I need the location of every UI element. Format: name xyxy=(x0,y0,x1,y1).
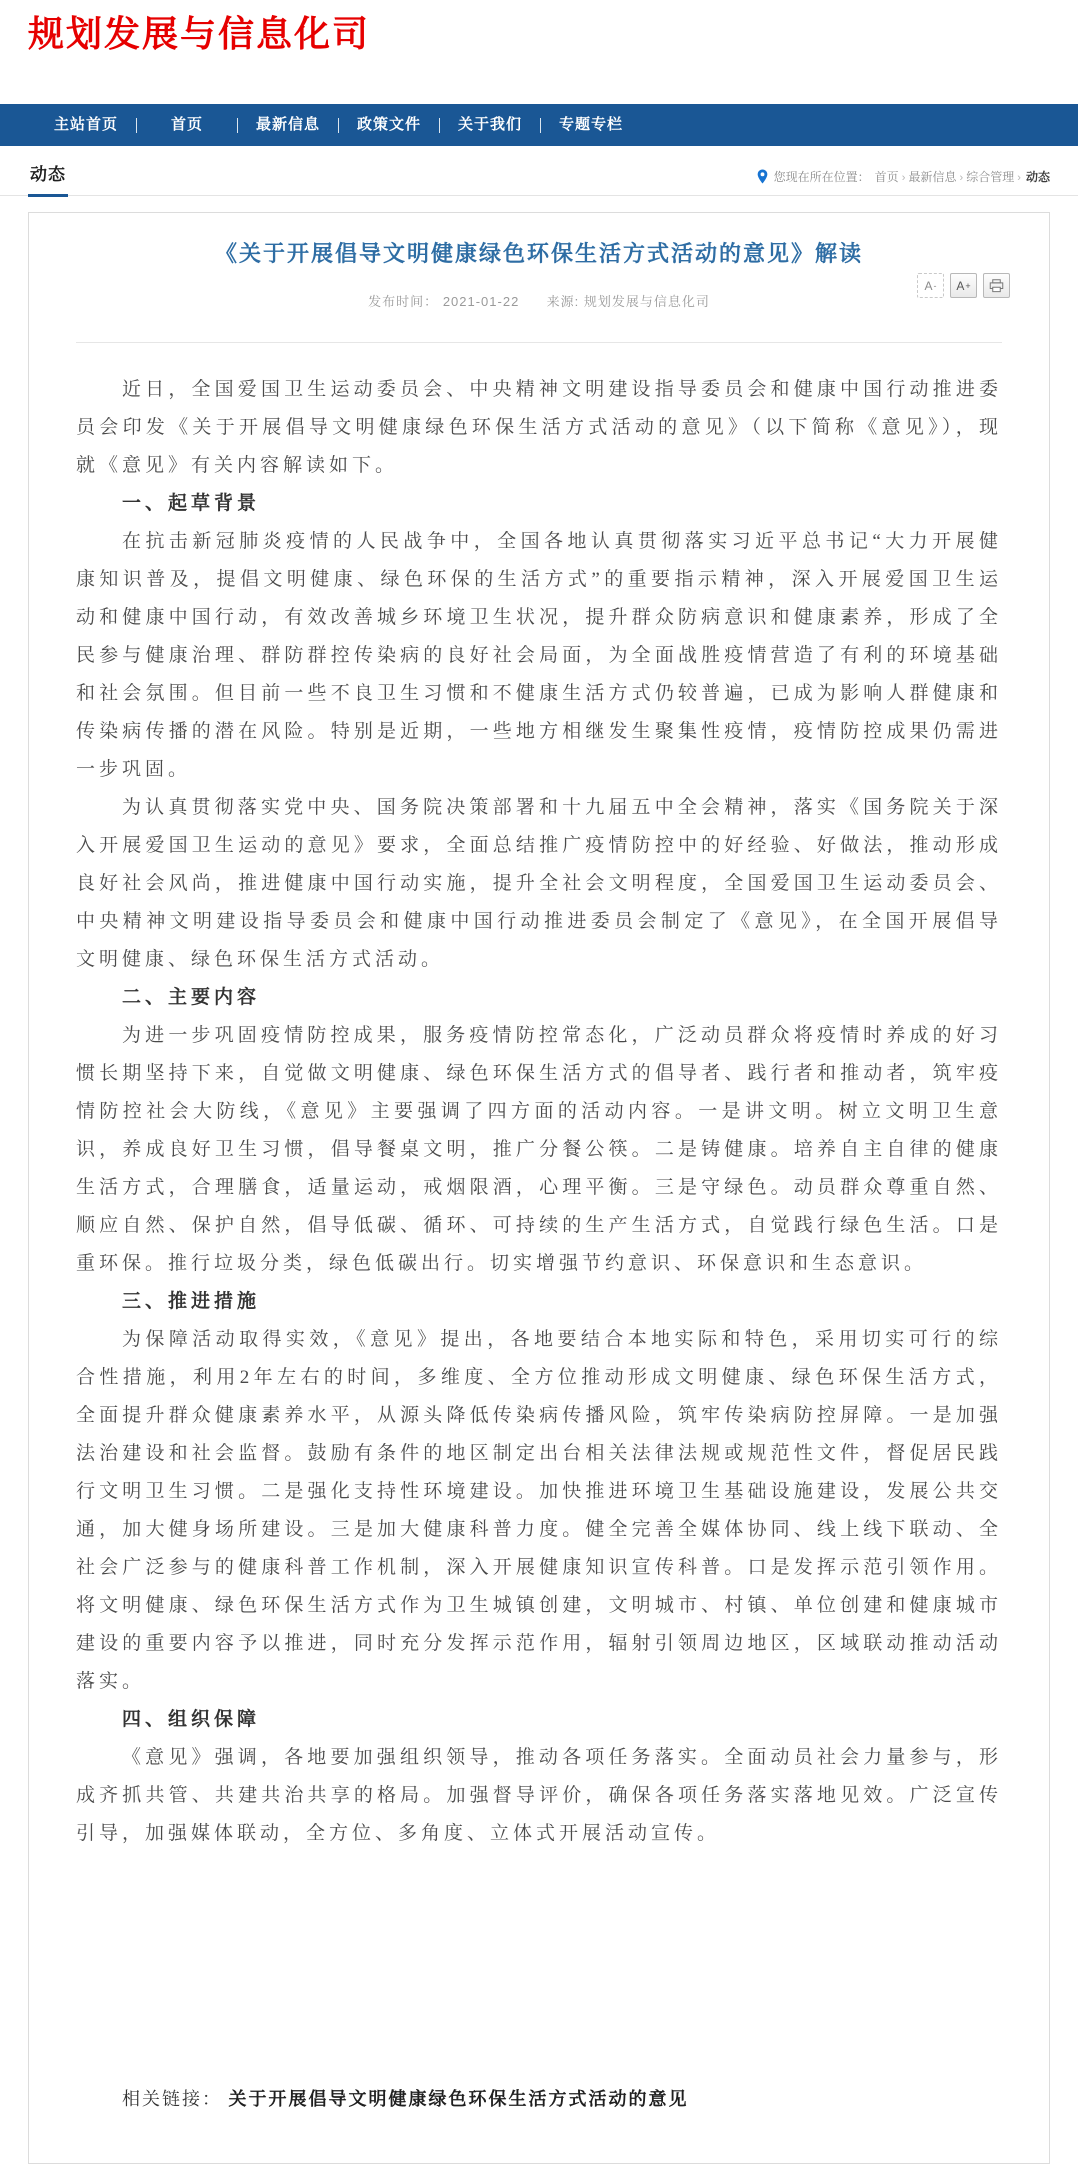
nav-item-6[interactable]: 专题专栏 xyxy=(541,104,641,146)
nav-item-5[interactable]: 关于我们 xyxy=(440,104,540,146)
article-toolbar: A- A+ xyxy=(917,273,1010,298)
breadcrumb: 您现在所在位置： 首页 › 最新信息 › 综合管理 › 动态 xyxy=(756,168,1050,195)
printer-icon xyxy=(989,279,1004,293)
print-button[interactable] xyxy=(983,273,1010,298)
section-heading: 四、组织保障 xyxy=(76,1701,1002,1739)
nav-item-4[interactable]: 政策文件 xyxy=(339,104,439,146)
nav-separator xyxy=(540,118,541,133)
tab-dongtai[interactable]: 动态 xyxy=(28,160,68,197)
breadcrumb-separator: › xyxy=(899,172,909,184)
article-meta: 发布时间： 2021-01-22 来源: 规划发展与信息化司 xyxy=(76,291,1002,310)
location-pin-icon xyxy=(756,169,769,184)
section-heading: 三、推进措施 xyxy=(76,1283,1002,1321)
nav-item-1[interactable]: 主站首页 xyxy=(36,104,136,146)
publish-time-label: 发布时间： xyxy=(368,294,438,309)
nav-separator xyxy=(136,118,137,133)
article-paragraph: 《意见》强调，各地要加强组织领导，推动各项任务落实。全面动员社会力量参与，形成齐… xyxy=(76,1739,1002,1853)
article-card: 《关于开展倡导文明健康绿色环保生活方式活动的意见》解读 发布时间： 2021-0… xyxy=(28,212,1050,2164)
font-increase-button[interactable]: A+ xyxy=(950,273,977,298)
breadcrumb-separator: › xyxy=(956,172,966,184)
source-label: 来源: xyxy=(547,294,580,309)
breadcrumb-link[interactable]: 最新信息 xyxy=(908,170,956,184)
breadcrumb-prefix: 您现在所在位置： xyxy=(774,168,870,185)
breadcrumb-links: 首页 › 最新信息 › 综合管理 › xyxy=(875,168,1021,185)
section-tab-row: 动态 您现在所在位置： 首页 › 最新信息 › 综合管理 › 动态 xyxy=(0,146,1078,196)
source-value: 规划发展与信息化司 xyxy=(584,294,710,309)
font-decrease-button[interactable]: A- xyxy=(917,273,944,298)
section-heading: 一、起草背景 xyxy=(76,485,1002,523)
nav-separator xyxy=(237,118,238,133)
breadcrumb-link[interactable]: 综合管理 xyxy=(966,170,1014,184)
nav-separator xyxy=(338,118,339,133)
breadcrumb-separator: › xyxy=(1014,172,1021,184)
article-paragraph: 为保障活动取得实效，《意见》提出，各地要结合本地实际和特色，采用切实可行的综合性… xyxy=(76,1321,1002,1701)
article-title: 《关于开展倡导文明健康绿色环保生活方式活动的意见》解读 xyxy=(76,239,1002,269)
publish-time-value: 2021-01-22 xyxy=(443,294,520,309)
site-logo[interactable]: 规划发展与信息化司 xyxy=(28,10,370,58)
breadcrumb-link[interactable]: 首页 xyxy=(875,170,899,184)
article-paragraph: 为进一步巩固疫情防控成果，服务疫情防控常态化，广泛动员群众将疫情时养成的好习惯长… xyxy=(76,1017,1002,1283)
nav-item-3[interactable]: 最新信息 xyxy=(238,104,338,146)
article-header: 《关于开展倡导文明健康绿色环保生活方式活动的意见》解读 发布时间： 2021-0… xyxy=(76,213,1002,343)
article-paragraph: 在抗击新冠肺炎疫情的人民战争中，全国各地认真贯彻落实习近平总书记“大力开展健康知… xyxy=(76,523,1002,789)
related-document-link[interactable]: 关于开展倡导文明健康绿色环保生活方式活动的意见 xyxy=(229,2089,689,2109)
breadcrumb-current: 动态 xyxy=(1026,168,1050,185)
section-heading: 二、主要内容 xyxy=(76,979,1002,1017)
nav-item-2[interactable]: 首页 xyxy=(137,104,237,146)
related-links-block: 相关链接： 关于开展倡导文明健康绿色环保生活方式活动的意见 xyxy=(76,2085,1002,2111)
related-links-label: 相关链接： xyxy=(122,2089,222,2109)
nav-separator xyxy=(439,118,440,133)
site-header: 规划发展与信息化司 xyxy=(0,0,1078,104)
article-body: 近日，全国爱国卫生运动委员会、中央精神文明建设指导委员会和健康中国行动推进委员会… xyxy=(76,343,1002,1853)
article-paragraph: 为认真贯彻落实党中央、国务院决策部署和十九届五中全会精神，落实《国务院关于深入开… xyxy=(76,789,1002,979)
main-nav: 主站首页首页最新信息政策文件关于我们专题专栏 xyxy=(0,104,1078,146)
article-paragraph: 近日，全国爱国卫生运动委员会、中央精神文明建设指导委员会和健康中国行动推进委员会… xyxy=(76,371,1002,485)
